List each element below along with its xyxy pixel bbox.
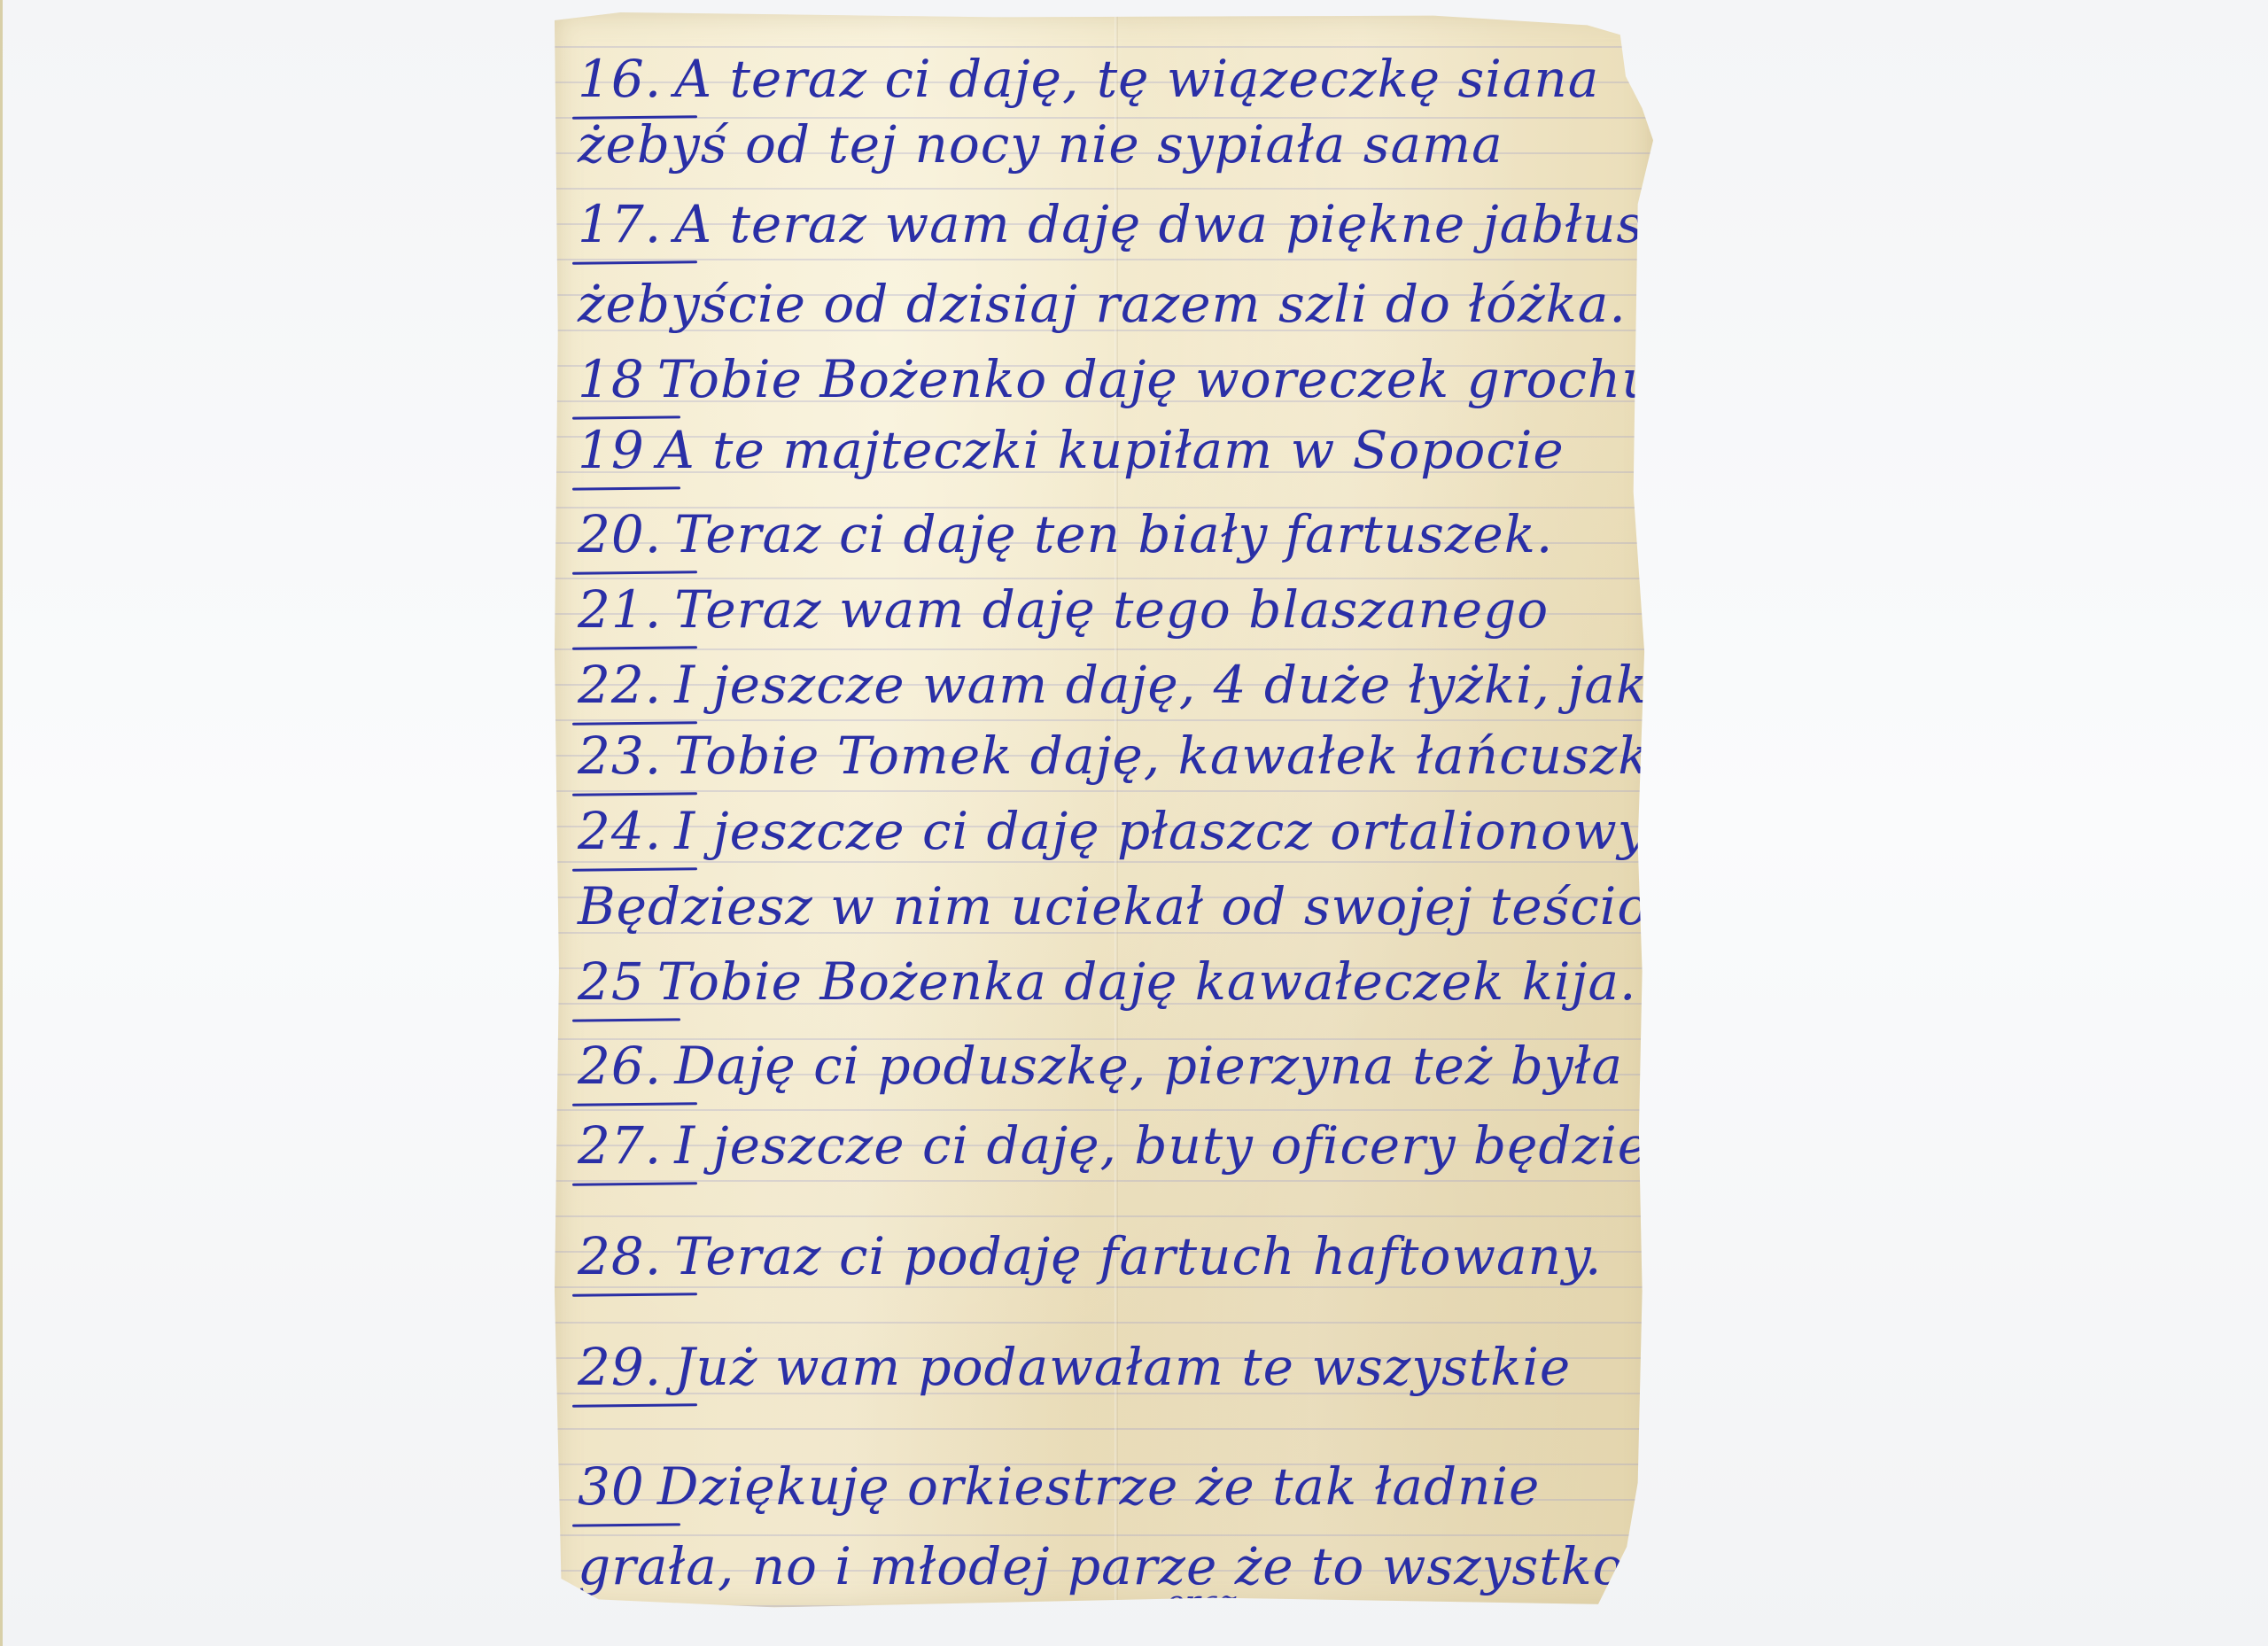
- item-text: Tobie Bożenka daję kawałeczek kija.: [657, 956, 1637, 1007]
- item-text: A te majteczki kupiłam w Sopocie: [657, 424, 1565, 476]
- item-text: grała, no i młodej parze że to wszystko: [578, 1541, 1625, 1592]
- item-number: 19: [578, 424, 645, 476]
- text-line: 17.A teraz wam daję dwa piękne jabłuszka: [578, 198, 1736, 250]
- item-text: Daję ci poduszkę, pierzyna też była: [674, 1040, 1623, 1091]
- text-line: grała, no i młodej parze że to wszystko: [578, 1541, 1625, 1592]
- text-line: 27.I jeszcze ci daję, buty oficery będzi…: [578, 1120, 1704, 1171]
- item-number: 21.: [578, 584, 662, 635]
- item-number: 17.: [578, 198, 662, 250]
- text-line: 30Dziękuję orkiestrze że tak ładnie: [578, 1461, 1540, 1512]
- item-text: Teraz ci podaję fartuch haftowany.: [674, 1231, 1602, 1282]
- item-text: żebyś od tej nocy nie sypiała sama: [578, 119, 1503, 170]
- item-number: 23.: [578, 730, 662, 781]
- item-text: Tobie Tomek daję, kawałek łańcuszka: [674, 730, 1682, 781]
- item-number: 27.: [578, 1120, 662, 1171]
- item-number: 18: [578, 353, 645, 405]
- item-number: 25: [578, 956, 645, 1007]
- text-line: żebyście od dzisiaj razem szli do łóżka.: [578, 278, 1627, 330]
- text-line: 18Tobie Bożenko daję woreczek grochu: [578, 353, 1656, 405]
- item-number: 20.: [578, 509, 662, 560]
- item-number: 22.: [578, 659, 662, 710]
- text-line: 19A te majteczki kupiłam w Sopocie: [578, 424, 1565, 476]
- item-text: I jeszcze ci daję płaszcz ortalionowy.: [674, 805, 1658, 857]
- item-text: Teraz wam daję tego blaszanego: [674, 584, 1549, 635]
- text-line: 23.Tobie Tomek daję, kawałek łańcuszka: [578, 730, 1682, 781]
- text-line: 22.I jeszcze wam daję, 4 duże łyżki, jak…: [578, 659, 1728, 710]
- text-line: 28.Teraz ci podaję fartuch haftowany.: [578, 1231, 1602, 1282]
- item-number: 30: [578, 1461, 645, 1512]
- margin-annotation: oraz.: [1166, 1585, 1247, 1621]
- item-text: I jeszcze ci daję, buty oficery będziesz: [674, 1120, 1704, 1171]
- item-text: Dziękuję orkiestrze że tak ładnie: [657, 1461, 1541, 1512]
- item-text: Tobie Bożenko daję woreczek grochu: [657, 353, 1656, 405]
- paper-sheet: 16.A teraz ci daję, tę wiązeczkę siana ż…: [555, 12, 1653, 1611]
- item-number: 29.: [578, 1341, 662, 1393]
- item-text: Już wam podawałam te wszystkie: [674, 1341, 1571, 1393]
- text-line: 29.Już wam podawałam te wszystkie: [578, 1341, 1571, 1393]
- item-text: A teraz wam daję dwa piękne jabłuszka: [674, 198, 1735, 250]
- text-line: 25Tobie Bożenka daję kawałeczek kija.: [578, 956, 1636, 1007]
- item-number: 26.: [578, 1040, 662, 1091]
- text-line: 21.Teraz wam daję tego blaszanego: [578, 584, 1549, 635]
- handwritten-text: 16.A teraz ci daję, tę wiązeczkę siana ż…: [555, 12, 1653, 1611]
- item-text: Teraz ci daję ten biały fartuszek.: [674, 509, 1553, 560]
- item-number: 28.: [578, 1231, 662, 1282]
- item-number: 16.: [578, 53, 662, 105]
- item-text: Będziesz w nim uciekał od swojej teściow…: [578, 881, 1759, 932]
- text-line: Będziesz w nim uciekał od swojej teściow…: [578, 881, 1759, 932]
- scanned-page: 16.A teraz ci daję, tę wiązeczkę siana ż…: [0, 0, 2268, 1646]
- text-line: 24.I jeszcze ci daję płaszcz ortalionowy…: [578, 805, 1658, 857]
- text-line: żebyś od tej nocy nie sypiała sama: [578, 119, 1503, 170]
- item-text: żebyście od dzisiaj razem szli do łóżka.: [578, 278, 1627, 330]
- text-line: 26.Daję ci poduszkę, pierzyna też była: [578, 1040, 1623, 1091]
- item-number: 24.: [578, 805, 662, 857]
- item-text: A teraz ci daję, tę wiązeczkę siana: [674, 53, 1599, 105]
- item-text: I jeszcze wam daję, 4 duże łyżki, jak by: [674, 659, 1728, 710]
- text-line: 20.Teraz ci daję ten biały fartuszek.: [578, 509, 1553, 560]
- text-line: 16.A teraz ci daję, tę wiązeczkę siana: [578, 53, 1599, 105]
